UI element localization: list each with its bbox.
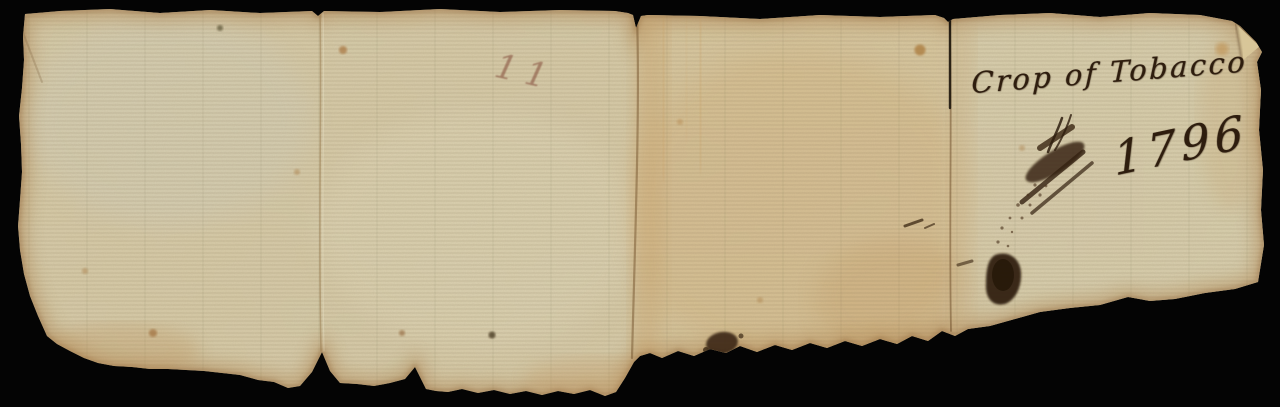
paper-fragment-scan <box>0 0 1280 407</box>
scanner-background: Crop of Tobacco 1796 11 <box>0 0 1280 407</box>
fold-crease-1 <box>320 13 321 351</box>
